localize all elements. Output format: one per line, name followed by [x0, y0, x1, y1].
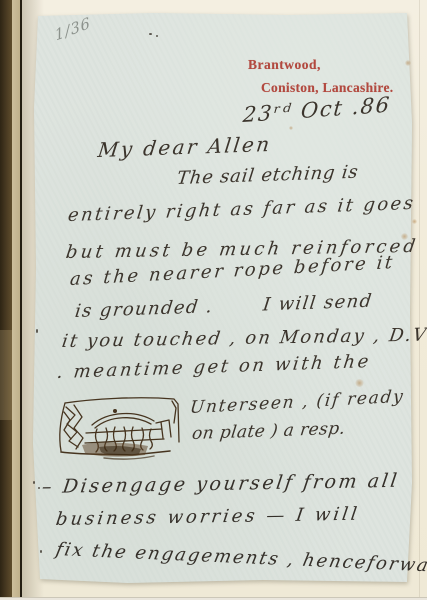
letterhead-address-line1: Brantwood,: [248, 57, 321, 73]
ink-speck: [156, 35, 158, 37]
foxing-spot: [412, 219, 417, 224]
foxing-spot: [355, 379, 364, 387]
book-gutter-tan-strip: [12, 0, 20, 600]
ink-speck: [36, 329, 38, 333]
ink-speck: [38, 487, 40, 489]
salutation-line: My dear Allen: [97, 134, 273, 160]
foxing-spot: [289, 126, 293, 130]
sketch-drawing: [52, 392, 187, 464]
ink-speck: [33, 481, 35, 484]
letter-photograph: 1/36 Brantwood, Coniston, Lancashire. 23…: [0, 0, 427, 600]
thumbnail-sketch: [52, 392, 187, 469]
book-gutter-dark-strip: [0, 0, 12, 600]
ink-speck: [40, 550, 42, 553]
foxing-spot: [405, 60, 411, 66]
foxing-spot: [401, 233, 408, 240]
album-page-edge: [419, 0, 420, 600]
ink-speck: [149, 33, 152, 35]
